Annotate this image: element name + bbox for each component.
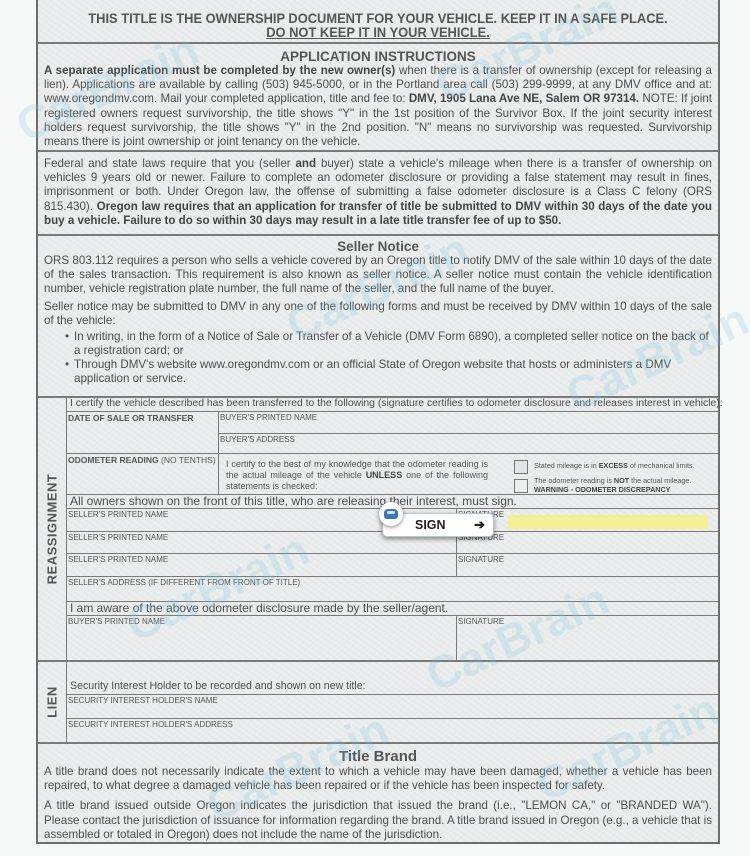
lien-side-label: LIEN: [38, 662, 67, 742]
application-heading: APPLICATION INSTRUCTIONS: [44, 49, 712, 64]
excess-mileage-checkbox[interactable]: [514, 460, 528, 474]
lien-holder-address-label: SECURITY INTEREST HOLDER'S ADDRESS: [66, 719, 718, 731]
list-item: Through DMV's website www.oregondmv.com …: [74, 358, 712, 386]
certify-statement: I certify the vehicle described has been…: [70, 398, 723, 410]
check1-c: of mechanical limits.: [628, 461, 695, 470]
ownership-warning: THIS TITLE IS THE OWNERSHIP DOCUMENT FOR…: [38, 0, 718, 44]
application-instructions: APPLICATION INSTRUCTIONS A separate appl…: [38, 44, 718, 152]
not-actual-mileage-checkbox[interactable]: [514, 479, 528, 493]
excess-mileage-label: Stated mileage is in EXCESS of mechanica…: [534, 461, 695, 470]
title-brand-heading: Title Brand: [44, 748, 712, 765]
odometer-law-section: Federal and state laws require that you …: [38, 152, 718, 236]
seller-signature-field-2[interactable]: SIGNATURE: [456, 531, 718, 553]
buyer-aware-row: I am aware of the above odometer disclos…: [66, 601, 718, 615]
buyer-address-field[interactable]: BUYER'S ADDRESS: [218, 433, 718, 453]
buyer-address-label: BUYER'S ADDRESS: [218, 434, 718, 446]
warning-line-1: THIS TITLE IS THE OWNERSHIP DOCUMENT FOR…: [65, 11, 691, 25]
buyer-name-field[interactable]: BUYER'S PRINTED NAME: [218, 411, 718, 433]
seller-name-label: SELLER'S PRINTED NAME: [66, 554, 456, 566]
check2-c: the actual mileage.: [629, 476, 691, 485]
lien-intro: Security Interest Holder to be recorded …: [70, 680, 366, 692]
lien-label: LIEN: [45, 686, 60, 718]
odometer-cert-text: I certify to the best of my knowledge th…: [226, 459, 488, 492]
odometer-law-and: and: [295, 157, 316, 170]
odometer-note: (NO TENTHS): [161, 455, 216, 465]
odometer-label: ODOMETER READING: [68, 455, 159, 465]
title-brand-section: Title Brand A title brand does not neces…: [38, 744, 718, 842]
odometer-cert-unless: UNLESS: [366, 470, 403, 480]
warning-line-2: DO NOT KEEP IT IN YOUR VEHICLE.: [65, 25, 691, 39]
odometer-law-1: Federal and state laws require that you …: [44, 157, 295, 170]
signature-highlight[interactable]: [508, 515, 708, 529]
seller-notice-list: In writing, in the form of a Notice of S…: [74, 330, 712, 386]
reassignment-side-label: REASSIGNMENT: [38, 398, 67, 660]
seller-address-label: SELLER'S ADDRESS (IF DIFFERENT FROM FRON…: [66, 577, 718, 589]
seller-name-field-3[interactable]: SELLER'S PRINTED NAME: [66, 553, 456, 576]
buyer-printed-name-label: BUYER'S PRINTED NAME: [66, 616, 456, 628]
lien-section: LIEN Security Interest Holder to be reco…: [38, 662, 718, 744]
odometer-certification: I certify to the best of my knowledge th…: [218, 453, 718, 494]
lien-holder-name-label: SECURITY INTEREST HOLDER'S NAME: [66, 695, 718, 707]
seller-notice-heading: Seller Notice: [44, 239, 712, 254]
signature-label: SIGNATURE: [456, 554, 718, 566]
seller-notice-p1: ORS 803.112 requires a person who sells …: [44, 254, 712, 297]
seller-signature-field-3[interactable]: SIGNATURE: [456, 553, 718, 576]
not-actual-mileage-label: The odometer reading is NOT the actual m…: [534, 476, 691, 494]
signature-label: SIGNATURE: [456, 616, 718, 628]
check1-a: Stated mileage is in: [534, 461, 599, 470]
application-bold-1: A separate application must be completed…: [44, 64, 395, 77]
title-brand-p1: A title brand does not necessarily indic…: [44, 765, 712, 793]
date-of-sale-label: DATE OF SALE OR TRANSFER: [66, 412, 218, 424]
reassignment-section: REASSIGNMENT I certify the vehicle descr…: [38, 398, 718, 662]
buyer-signature-field[interactable]: SIGNATURE: [456, 615, 718, 660]
application-text: A separate application must be completed…: [44, 64, 712, 149]
check2-a: The odometer reading is: [534, 476, 614, 485]
application-address: DMV, 1905 Lana Ave NE, Salem OR 97314.: [409, 92, 639, 105]
car-icon: [379, 502, 403, 526]
odometer-law-deadline: Oregon law requires that an application …: [44, 200, 712, 227]
seller-address-field[interactable]: SELLER'S ADDRESS (IF DIFFERENT FROM FRON…: [66, 576, 718, 601]
signature-label: SIGNATURE: [456, 532, 718, 544]
odometer-discrepancy-warning: WARNING - ODOMETER DISCREPANCY: [534, 485, 670, 494]
buyer-name-label: BUYER'S PRINTED NAME: [218, 412, 718, 424]
buyer-aware-statement: I am aware of the above odometer disclos…: [66, 602, 718, 615]
buyer-printed-name-field[interactable]: BUYER'S PRINTED NAME: [66, 615, 456, 660]
lien-holder-name-field[interactable]: SECURITY INTEREST HOLDER'S NAME: [66, 694, 718, 718]
list-item: In writing, in the form of a Notice of S…: [74, 330, 712, 358]
check2-b: NOT: [614, 476, 629, 485]
sign-button-label: SIGN: [415, 518, 446, 532]
date-of-sale-field[interactable]: DATE OF SALE OR TRANSFER: [66, 411, 218, 453]
seller-notice-p2: Seller notice may be submitted to DMV in…: [44, 300, 712, 328]
arrow-right-icon: ➔: [474, 517, 485, 533]
seller-notice-section: Seller Notice ORS 803.112 requires a per…: [38, 236, 718, 398]
odometer-law-text: Federal and state laws require that you …: [44, 157, 712, 228]
odometer-reading-field[interactable]: ODOMETER READING (NO TENTHS): [66, 453, 218, 494]
check1-b: EXCESS: [599, 461, 628, 470]
title-brand-p2: A title brand issued outside Oregon indi…: [44, 799, 712, 842]
title-document: THIS TITLE IS THE OWNERSHIP DOCUMENT FOR…: [36, 0, 720, 844]
reassignment-label: REASSIGNMENT: [45, 474, 60, 585]
lien-holder-address-field[interactable]: SECURITY INTEREST HOLDER'S ADDRESS: [66, 718, 718, 742]
